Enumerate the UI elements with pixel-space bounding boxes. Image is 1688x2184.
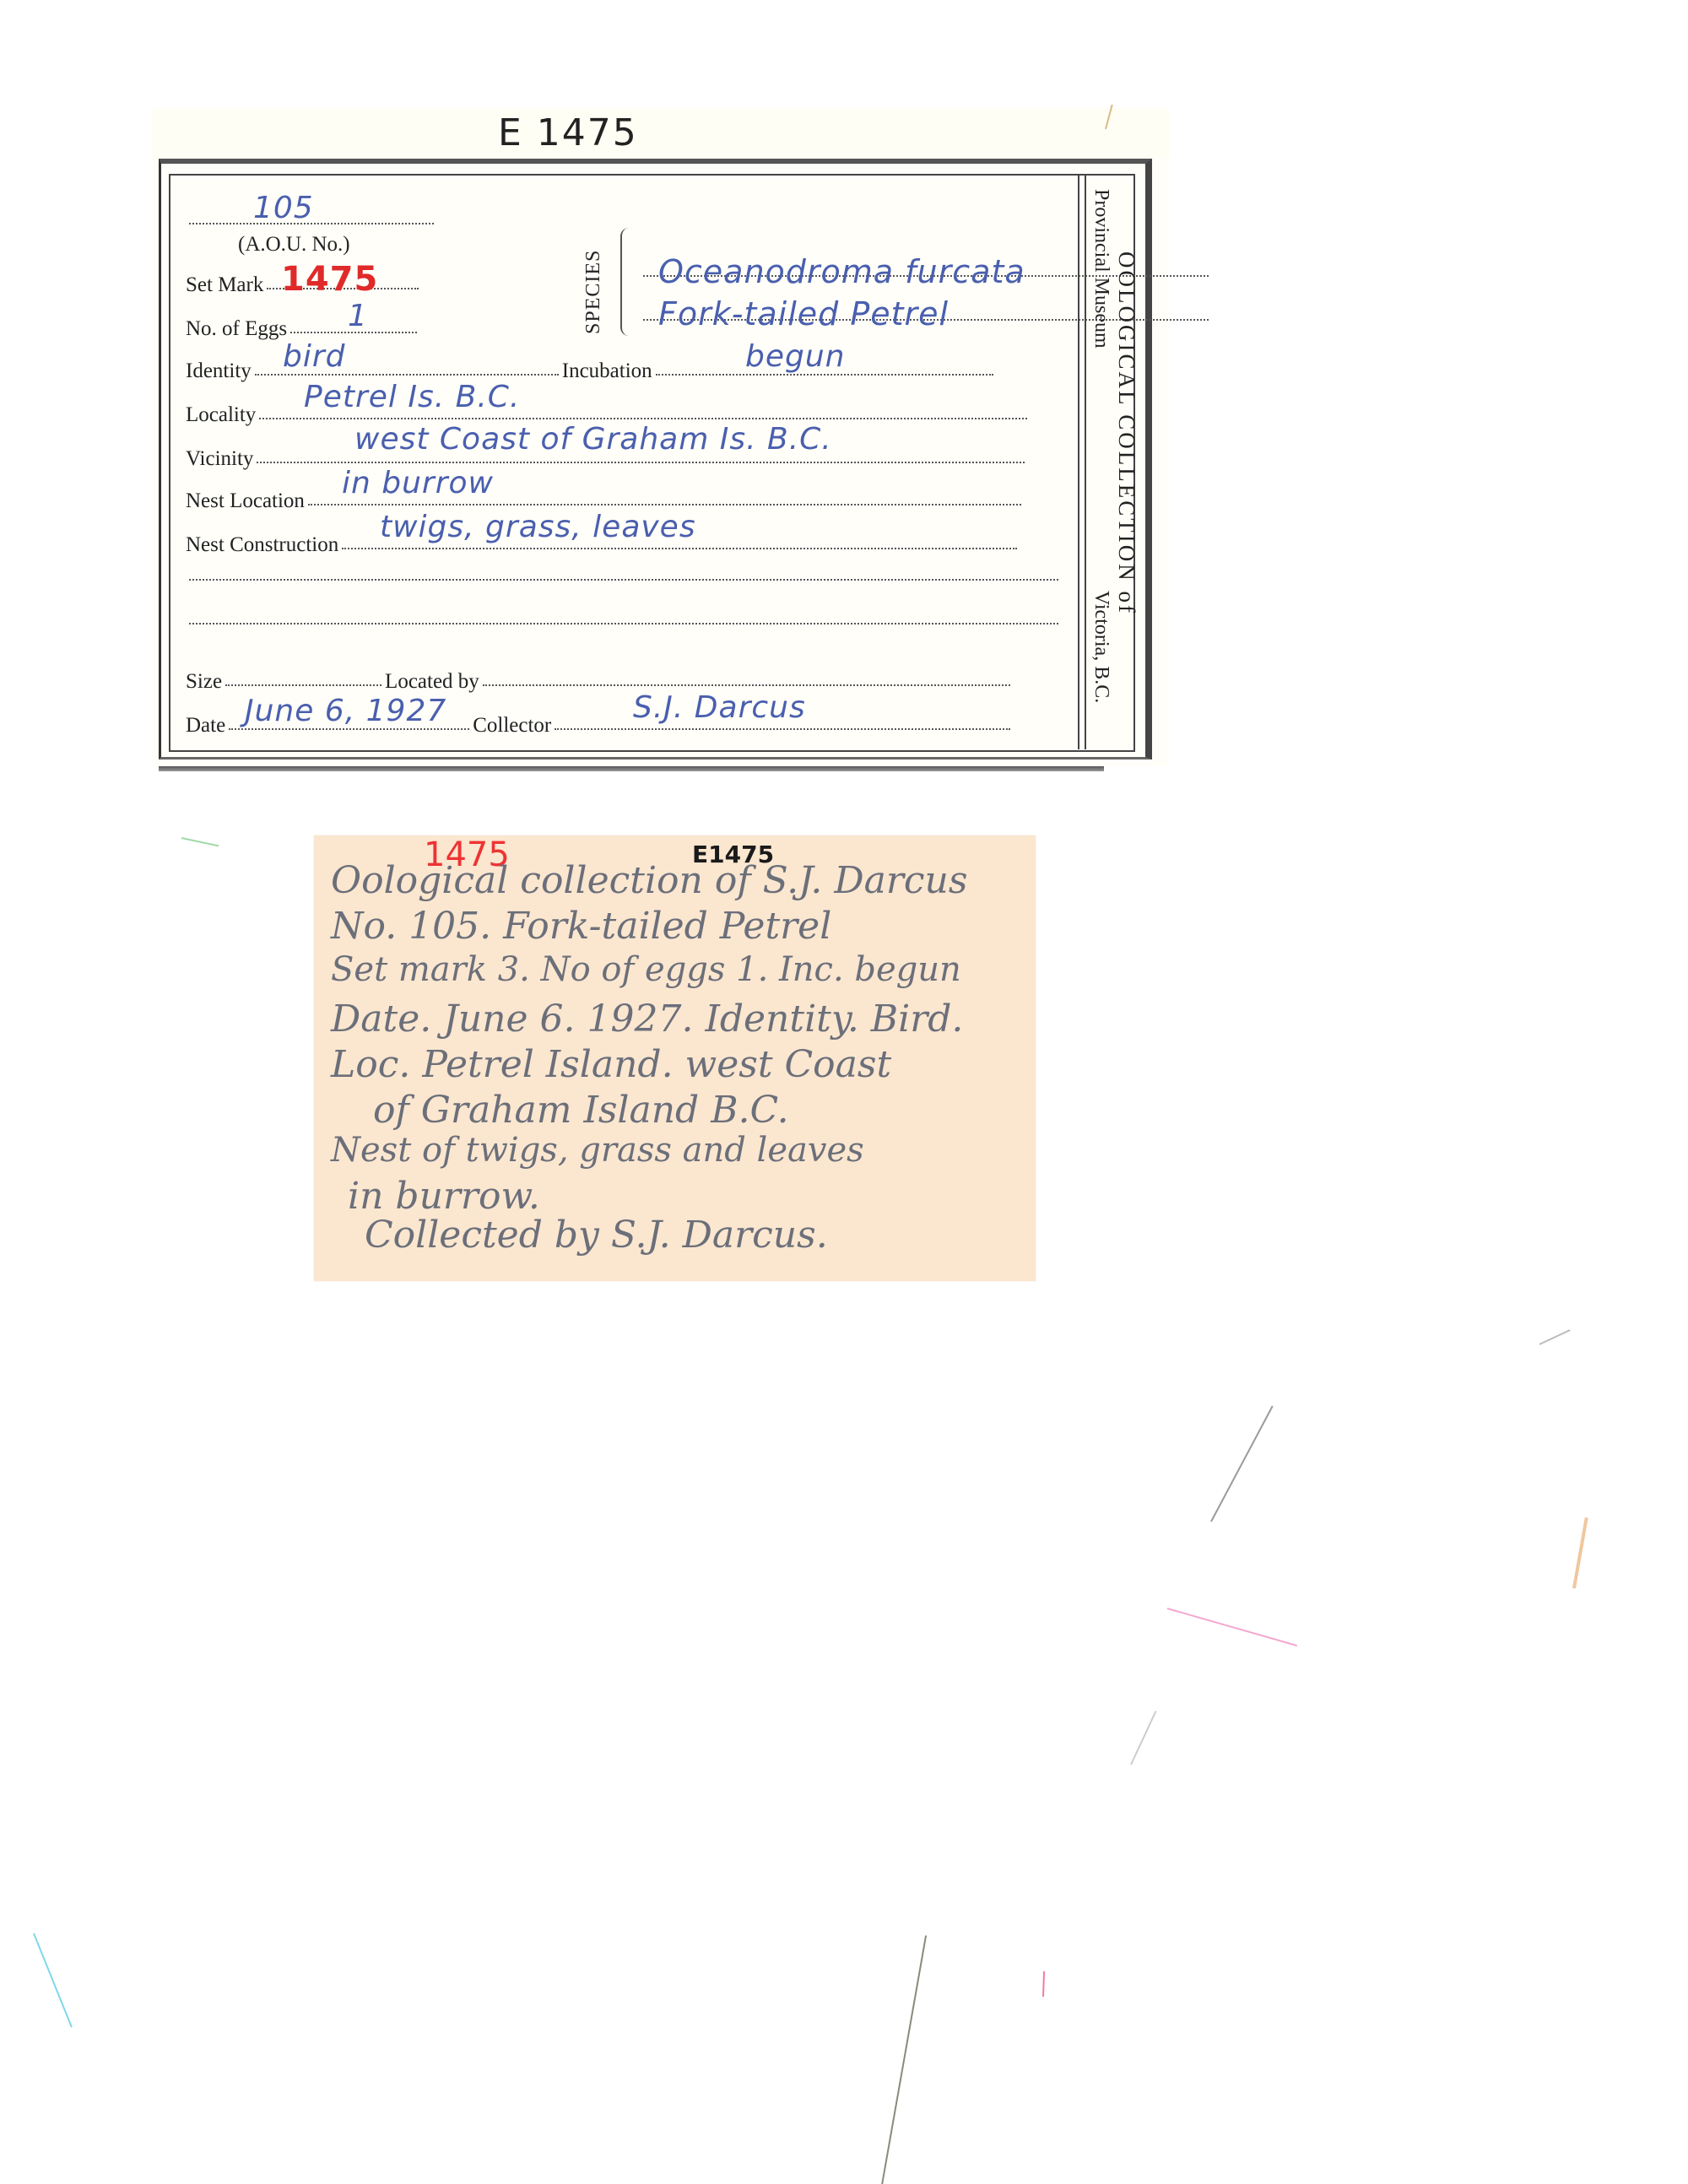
note-line: Oological collection of S.J. Darcus [331, 859, 967, 902]
blank-line-1 [186, 579, 1062, 582]
catalog-number: E 1475 [498, 111, 638, 154]
note-line: in burrow. [348, 1175, 540, 1218]
nest-construction-value: twigs, grass, leaves [380, 510, 696, 544]
vicinity-label: Vicinity [186, 447, 253, 471]
note-line: Loc. Petrel Island. west Coast [331, 1043, 891, 1086]
scan-mark [1042, 1971, 1045, 1997]
located-by-label: Located by [385, 670, 479, 694]
institution-museum: Provincial Museum [1090, 189, 1112, 349]
institution-panel-divider [1078, 176, 1086, 749]
scan-mark [1210, 1406, 1274, 1522]
note-line: Set mark 3. No of eggs 1. Inc. begun [331, 950, 961, 989]
note-line: of Graham Island B.C. [373, 1089, 789, 1132]
locality-value: Petrel Is. B.C. [304, 380, 520, 414]
species-scientific-value: Oceanodroma furcata [658, 253, 1025, 290]
card-top-strip [152, 108, 1169, 159]
date-label: Date [186, 714, 225, 738]
collector-label: Collector [473, 714, 551, 738]
scan-mark [1167, 1608, 1297, 1646]
institution-location: Victoria, B.C. [1090, 591, 1112, 703]
scan-mark [181, 837, 219, 846]
no-of-eggs-label: No. of Eggs [186, 317, 287, 341]
note-line: No. 105. Fork-tailed Petrel [331, 905, 831, 948]
set-mark-label: Set Mark [186, 273, 263, 297]
institution-title: OOLOGICAL COLLECTION of [1113, 251, 1139, 615]
note-line: Collected by S.J. Darcus. [365, 1214, 828, 1257]
specimen-data-card: E 1475 105 (A.O.U. No.) Set Mark 1475 No… [152, 108, 1169, 766]
species-brace [620, 228, 634, 336]
identity-value: bird [283, 339, 346, 374]
scan-mark [33, 1933, 73, 2028]
aou-no-value: 105 [253, 191, 314, 225]
note-line: Nest of twigs, grass and leaves [331, 1131, 864, 1170]
incubation-value: begun [745, 339, 845, 374]
aou-no-label: (A.O.U. No.) [238, 233, 350, 257]
set-mark-value: 1475 [281, 260, 378, 299]
scan-mark [1572, 1517, 1588, 1588]
nest-construction-label: Nest Construction [186, 533, 338, 557]
card-shadow-edge [159, 766, 1104, 771]
scan-mark [1539, 1329, 1571, 1345]
incubation-label: Incubation [562, 359, 652, 383]
locality-label: Locality [186, 403, 256, 427]
date-value: June 6, 1927 [245, 694, 446, 728]
scan-mark [881, 1935, 927, 2184]
size-row: Size Located by [186, 670, 1014, 694]
identity-label: Identity [186, 359, 252, 383]
handwritten-note-card: 1475 E1475 Oological collection of S.J. … [314, 835, 1036, 1281]
species-label: SPECIES [582, 250, 605, 334]
size-label: Size [186, 670, 222, 694]
note-line: Date. June 6. 1927. Identity. Bird. [331, 997, 963, 1041]
species-common-value: Fork-tailed Petrel [658, 295, 949, 332]
vicinity-value: west Coast of Graham Is. B.C. [354, 422, 832, 457]
no-of-eggs-row: No. of Eggs [186, 317, 420, 341]
nest-location-label: Nest Location [186, 489, 305, 513]
blank-line-2 [186, 623, 1062, 626]
no-of-eggs-value: 1 [348, 299, 368, 333]
scan-mark [1130, 1711, 1156, 1765]
collector-value: S.J. Darcus [633, 690, 806, 725]
nest-location-value: in burrow [342, 466, 494, 500]
